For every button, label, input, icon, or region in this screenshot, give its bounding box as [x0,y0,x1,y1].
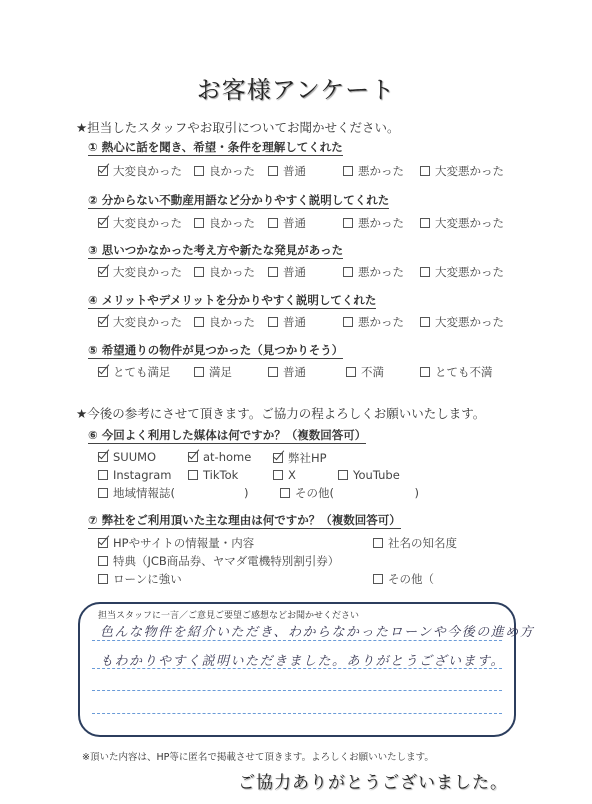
q3-option-4[interactable]: 悪かった [343,264,404,280]
comment-label: 担当スタッフに一言／ご意見ご要望ご感想などお聞かせください [98,608,359,621]
footer-note: ※頂いた内容は、HP等に匿名で掲載させて頂きます。よろしくお願いいたします。 [82,749,434,763]
q5-option-3[interactable]: 普通 [268,364,306,380]
checkbox-icon[interactable] [420,317,430,327]
q5-option-2[interactable]: 満足 [194,364,232,380]
checkbox-icon[interactable] [343,218,353,228]
q4-option-2[interactable]: 良かった [194,314,255,330]
checkbox-icon[interactable] [98,488,108,498]
question-1-label: ① 熱心に話を聞き、希望・条件を理解してくれた [88,140,343,156]
section2-heading: ★今後の参考にさせて頂きます。ご協力の程よろしくお願いいたします。 [76,404,485,422]
checkbox-icon[interactable] [98,470,108,480]
checkbox-icon[interactable] [98,556,108,566]
checkbox-checked-icon[interactable] [98,538,108,548]
q6-option-company-hp[interactable]: 弊社HP [273,450,327,466]
q4-option-3[interactable]: 普通 [268,314,306,330]
q4-option-4[interactable]: 悪かった [343,314,404,330]
q2-option-1[interactable]: 大変良かった [98,215,182,231]
checkbox-icon[interactable] [194,218,204,228]
checkbox-icon[interactable] [268,166,278,176]
q6-option-youtube[interactable]: YouTube [338,468,400,482]
checkbox-icon[interactable] [346,367,356,377]
checkbox-icon[interactable] [343,267,353,277]
q6-option-instagram[interactable]: Instagram [98,468,172,482]
q1-option-1[interactable]: 大変良かった [98,163,182,179]
q6-option-tiktok[interactable]: TikTok [188,468,238,482]
q6-option-other[interactable]: その他( ) [280,485,419,501]
checkbox-icon[interactable] [194,367,204,377]
q7-option-loan[interactable]: ローンに強い [98,571,182,587]
q6-option-suumo[interactable]: SUUMO [98,450,156,464]
checkbox-checked-icon[interactable] [273,453,283,463]
checkbox-checked-icon[interactable] [98,267,108,277]
q4-option-1[interactable]: 大変良かった [98,314,182,330]
checkbox-icon[interactable] [268,367,278,377]
checkbox-icon[interactable] [98,574,108,584]
checkbox-icon[interactable] [188,470,198,480]
q7-option-other[interactable]: その他（ [373,571,434,587]
thanks-message: ご協力ありがとうございました。 [238,768,508,793]
comment-dashed-line [92,640,502,641]
question-2-label: ② 分からない不動産用語など分かりやすく説明してくれた [88,193,389,209]
q7-option-site-info[interactable]: HPやサイトの情報量・内容 [98,535,254,551]
q1-option-2[interactable]: 良かった [194,163,255,179]
comment-dashed-line [92,713,502,714]
checkbox-icon[interactable] [373,574,383,584]
checkbox-icon[interactable] [194,267,204,277]
q2-option-2[interactable]: 良かった [194,215,255,231]
q3-option-5[interactable]: 大変悪かった [420,264,504,280]
checkbox-icon[interactable] [373,538,383,548]
question-4-label: ④ メリットやデメリットを分かりやすく説明してくれた [88,293,376,309]
checkbox-icon[interactable] [420,166,430,176]
section1-heading: ★担当したスタッフやお取引についてお聞かせください。 [76,118,399,136]
question-3-label: ③ 思いつかなかった考え方や新たな発見があった [88,243,343,259]
q4-option-5[interactable]: 大変悪かった [420,314,504,330]
checkbox-icon[interactable] [268,267,278,277]
q3-option-3[interactable]: 普通 [268,264,306,280]
q5-option-1[interactable]: とても満足 [98,364,171,380]
checkbox-icon[interactable] [420,267,430,277]
comment-line-1: 色んな物件を紹介いただき、わからなかったローンや今後の進め方 [100,621,534,640]
checkbox-icon[interactable] [273,470,283,480]
checkbox-icon[interactable] [194,317,204,327]
checkbox-icon[interactable] [268,218,278,228]
checkbox-icon[interactable] [338,470,348,480]
q2-option-3[interactable]: 普通 [268,215,306,231]
q2-option-4[interactable]: 悪かった [343,215,404,231]
q5-option-5[interactable]: とても不満 [420,364,493,380]
checkbox-icon[interactable] [280,488,290,498]
checkbox-checked-icon[interactable] [98,166,108,176]
checkbox-icon[interactable] [343,317,353,327]
checkbox-checked-icon[interactable] [188,452,198,462]
comment-dashed-line [92,668,502,669]
q6-option-local-magazine[interactable]: 地域情報誌( ) [98,485,248,501]
question-5-label: ⑤ 希望通りの物件が見つかった（見つかりそう） [88,343,343,359]
q7-option-benefits[interactable]: 特典（JCB商品券、ヤマダ電機特別割引券） [98,553,339,569]
checkbox-checked-icon[interactable] [98,317,108,327]
comment-line-2: もわかりやすく説明いただきました。ありがとうございます。 [100,650,505,669]
survey-title: お客様アンケート [0,70,592,105]
q1-option-3[interactable]: 普通 [268,163,306,179]
checkbox-checked-icon[interactable] [98,367,108,377]
checkbox-icon[interactable] [420,218,430,228]
q7-option-name-recognition[interactable]: 社名の知名度 [373,535,457,551]
checkbox-icon[interactable] [343,166,353,176]
checkbox-icon[interactable] [268,317,278,327]
question-6-label: ⑥ 今回よく利用した媒体は何ですか？（複数回答可） [88,428,366,444]
comment-dashed-line [92,690,502,691]
q3-option-1[interactable]: 大変良かった [98,264,182,280]
question-7-label: ⑦ 弊社をご利用頂いた主な理由は何ですか？（複数回答可） [88,513,401,529]
q1-option-4[interactable]: 悪かった [343,163,404,179]
checkbox-icon[interactable] [420,367,430,377]
checkbox-checked-icon[interactable] [98,452,108,462]
q3-option-2[interactable]: 良かった [194,264,255,280]
q5-option-4[interactable]: 不満 [346,364,384,380]
q6-option-x[interactable]: X [273,468,296,482]
checkbox-checked-icon[interactable] [98,218,108,228]
q2-option-5[interactable]: 大変悪かった [420,215,504,231]
q1-option-5[interactable]: 大変悪かった [420,163,504,179]
checkbox-icon[interactable] [194,166,204,176]
q6-option-athome[interactable]: at-home [188,450,251,464]
comment-box[interactable]: 担当スタッフに一言／ご意見ご要望ご感想などお聞かせください 色んな物件を紹介いた… [78,602,516,737]
